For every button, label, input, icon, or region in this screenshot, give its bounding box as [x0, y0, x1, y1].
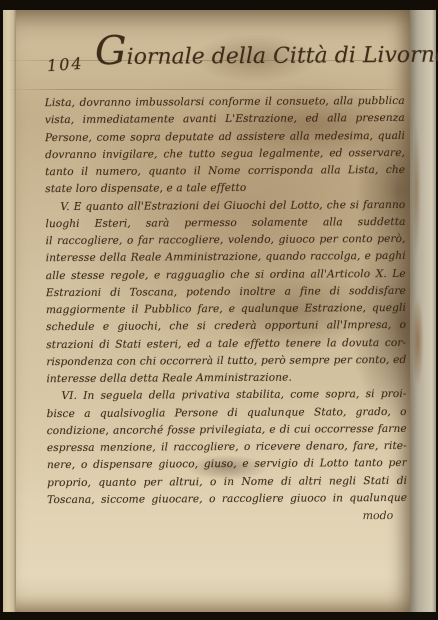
manuscript-line: alle stesse regole, e ragguaglio che si … [46, 265, 406, 284]
manuscript-line: dovranno invigilare, che tutto segua leg… [45, 145, 405, 164]
paragraph-article-vi: VI. In seguela della privativa stabilita… [46, 386, 407, 509]
manuscript-line: tanto il numero, quanto il Nome corrispo… [45, 162, 405, 181]
manuscript-line: V. E quanto all'Estrazioni dei Giuochi d… [45, 196, 405, 215]
manuscript-line: condizione, ancorché fosse privilegiata,… [47, 421, 407, 440]
manuscript-line: state loro dispensate, e a tale effetto [45, 179, 405, 198]
manuscript-line: interesse della detta Reale Amministrazi… [46, 369, 406, 388]
manuscript-line: espressa menzione, il raccogliere, o ric… [47, 438, 407, 457]
manuscript-line: bisce a qualsivoglia Persone di qualunqu… [47, 403, 407, 422]
page-number: 104 [46, 54, 84, 76]
manuscript-line: il raccogliere, o far raccogliere, volen… [46, 231, 406, 250]
manuscript-line: nere, o dispensare giuoco, giuso, e serv… [47, 455, 407, 474]
manuscript-line: strazioni di Stati esteri, ed a tale eff… [46, 334, 406, 353]
manuscript-line: schedule e giuochi, che si crederà oppor… [46, 317, 406, 336]
catchword: modo [47, 507, 407, 526]
manuscript-line: rispondenza con chi occorrerà il tutto, … [46, 352, 406, 371]
manuscript-line: vista, immediatamente avanti L'Estrazion… [45, 110, 405, 129]
paragraph-continuation: Lista, dovranno imbussolarsi conforme il… [45, 93, 406, 199]
manuscript-line: VI. In seguela della privativa stabilita… [46, 386, 406, 405]
manuscript-line: luoghi Esteri, sarà permesso solamente a… [45, 214, 405, 233]
manuscript-line: Persone, come sopra deputate ad assister… [45, 127, 405, 146]
manuscript-line: interesse della Reale Amministrazione, q… [46, 248, 406, 267]
manuscript-text: Lista, dovranno imbussolarsi conforme il… [45, 93, 408, 526]
binding-edge [3, 10, 16, 612]
manuscript-line: Toscana, siccome giuocare, o raccogliere… [47, 490, 407, 509]
page-title: Giornale della Città di Livorno [95, 43, 402, 70]
manuscript-line: proprio, quanto per altrui, o in Nome di… [47, 472, 407, 491]
manuscript-photo: 104 Giornale della Città di Livorno List… [0, 0, 438, 620]
book-fore-edge [410, 10, 436, 612]
book-page: 104 Giornale della Città di Livorno List… [3, 10, 410, 612]
ruled-line [3, 89, 410, 90]
manuscript-line: maggiormente il Pubblico fare, e qualunq… [46, 300, 406, 319]
manuscript-line: Estrazioni di Toscana, potendo inoltre a… [46, 283, 406, 302]
paragraph-article-v: V. E quanto all'Estrazioni dei Giuochi d… [45, 196, 406, 388]
manuscript-line: Lista, dovranno imbussolarsi conforme il… [45, 93, 405, 112]
